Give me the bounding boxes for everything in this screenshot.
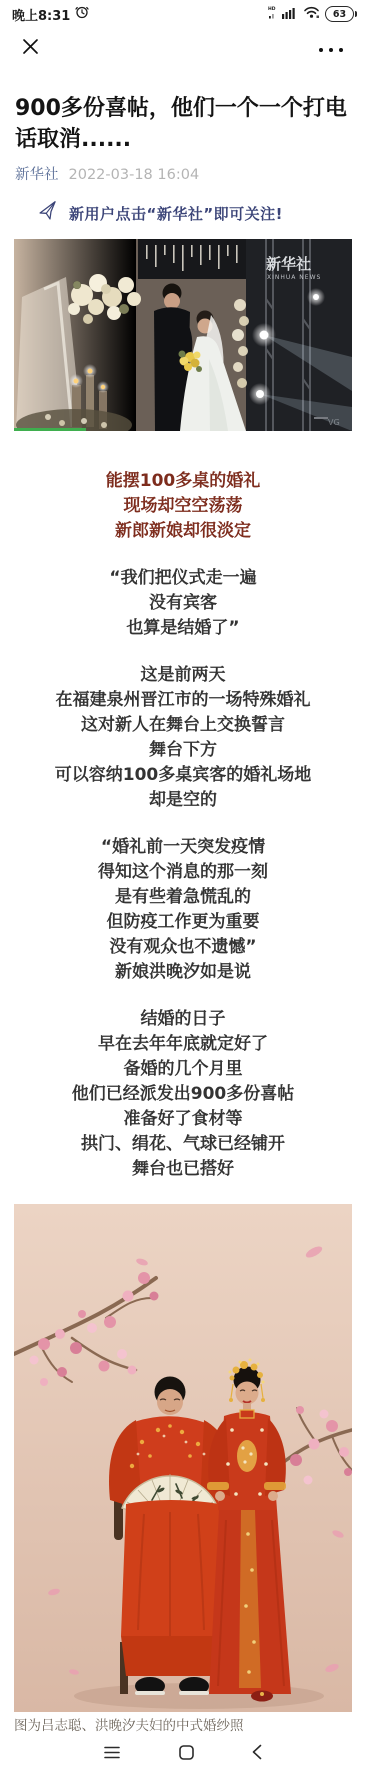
text-line: 舞台也已搭好	[10, 1157, 356, 1182]
text-line: 是有些着急慌乱的	[10, 885, 356, 910]
signal-icon: HD	[268, 5, 298, 24]
svg-text:HD: HD	[268, 6, 276, 12]
text-line: 可以容纳100多桌宾客的婚礼场地	[10, 763, 356, 788]
wedding-portrait-photo[interactable]	[14, 1204, 352, 1712]
byline: 新华社 2022-03-18 16:04	[15, 163, 351, 183]
text-line: 这对新人在舞台上交换誓言	[10, 713, 356, 738]
text-line: 得知这个消息的那一刻	[10, 860, 356, 885]
paragraph-red-heading: 能摆100多桌的婚礼 现场却空空荡荡 新郎新娘却很淡定	[10, 469, 356, 544]
text-line: 新郎新娘却很淡定	[10, 519, 356, 544]
wedding-portrait-illustration	[14, 1204, 352, 1712]
menu-icon	[104, 1746, 120, 1762]
alarm-icon	[75, 5, 89, 23]
text-line: 结婚的日子	[10, 1007, 356, 1032]
wedding-video-frame[interactable]: 新华社 XINHUA NEWS VG	[14, 239, 352, 431]
close-icon	[22, 38, 39, 58]
text-line: 他们已经派发出900多份喜帖	[10, 1082, 356, 1107]
follow-banner[interactable]: 新用户点击“新华社”即可关注!	[14, 201, 352, 225]
text-line: 没有宾客	[10, 591, 356, 616]
text-line: 没有观众也不遗憾”	[10, 935, 356, 960]
more-button[interactable]	[314, 37, 348, 60]
text-line: 备婚的几个月里	[10, 1057, 356, 1082]
wifi-icon	[303, 5, 320, 23]
text-line: 却是空的	[10, 788, 356, 813]
top-nav	[0, 28, 366, 68]
text-line: 现场却空空荡荡	[10, 494, 356, 519]
wedding-ceremony-illustration: 新华社 XINHUA NEWS VG	[14, 239, 352, 431]
text-line: 能摆100多桌的婚礼	[10, 469, 356, 494]
text-line: “婚礼前一天突发疫情	[10, 835, 356, 860]
home-button[interactable]	[173, 1739, 200, 1769]
status-bar: 晚上8:31 HD	[0, 0, 366, 28]
battery-icon: 63	[325, 6, 354, 22]
article-body: 能摆100多桌的婚礼 现场却空空荡荡 新郎新娘却很淡定 “我们把仪式走一遍 没有…	[10, 469, 356, 1182]
home-square-icon	[179, 1745, 194, 1763]
back-button[interactable]	[246, 1738, 268, 1769]
battery-percent: 63	[333, 9, 346, 20]
text-line: 这是前两天	[10, 663, 356, 688]
text-line: “我们把仪式走一遍	[10, 566, 356, 591]
text-line: 舞台下方	[10, 738, 356, 763]
publish-date: 2022-03-18 16:04	[69, 167, 200, 183]
source-link[interactable]: 新华社	[15, 163, 59, 184]
photo-corner-mark: VG	[328, 418, 340, 427]
text-line: 也算是结婚了”	[10, 616, 356, 641]
text-line: 准备好了食材等	[10, 1107, 356, 1132]
clock-time: 晚上8:31	[12, 5, 70, 24]
photo-watermark-sub: XINHUA NEWS	[267, 274, 321, 281]
photo-caption: 图为吕志聪、洪晚汐夫妇的中式婚纱照	[14, 1717, 352, 1735]
close-button[interactable]	[18, 34, 43, 62]
chevron-left-icon	[252, 1744, 262, 1763]
paragraph-1: 这是前两天 在福建泉州晋江市的一场特殊婚礼 这对新人在舞台上交换誓言 舞台下方 …	[10, 663, 356, 813]
more-icon	[318, 41, 344, 56]
paragraph-quote2: “婚礼前一天突发疫情 得知这个消息的那一刻 是有些着急慌乱的 但防疫工作更为重要…	[10, 835, 356, 985]
article-title: 900多份喜帖，他们一个一个打电话取消......	[15, 93, 351, 155]
article-screen: 晚上8:31 HD	[0, 0, 366, 1772]
banner-text: 新用户点击“新华社”即可关注!	[69, 203, 283, 224]
paragraph-2: 结婚的日子 早在去年年底就定好了 备婚的几个月里 他们已经派发出900多份喜帖 …	[10, 1007, 356, 1182]
text-line: 早在去年年底就定好了	[10, 1032, 356, 1057]
paper-plane-icon	[37, 201, 59, 225]
paragraph-quote1: “我们把仪式走一遍 没有宾客 也算是结婚了”	[10, 566, 356, 641]
text-line: 在福建泉州晋江市的一场特殊婚礼	[10, 688, 356, 713]
recents-button[interactable]	[98, 1740, 126, 1768]
photo-watermark-main: 新华社	[266, 255, 311, 273]
android-nav-bar	[0, 1735, 366, 1772]
video-progress-bar[interactable]	[14, 428, 86, 432]
text-line: 新娘洪晚汐如是说	[10, 960, 356, 985]
text-line: 拱门、绢花、气球已经铺开	[10, 1132, 356, 1157]
text-line: 但防疫工作更为重要	[10, 910, 356, 935]
